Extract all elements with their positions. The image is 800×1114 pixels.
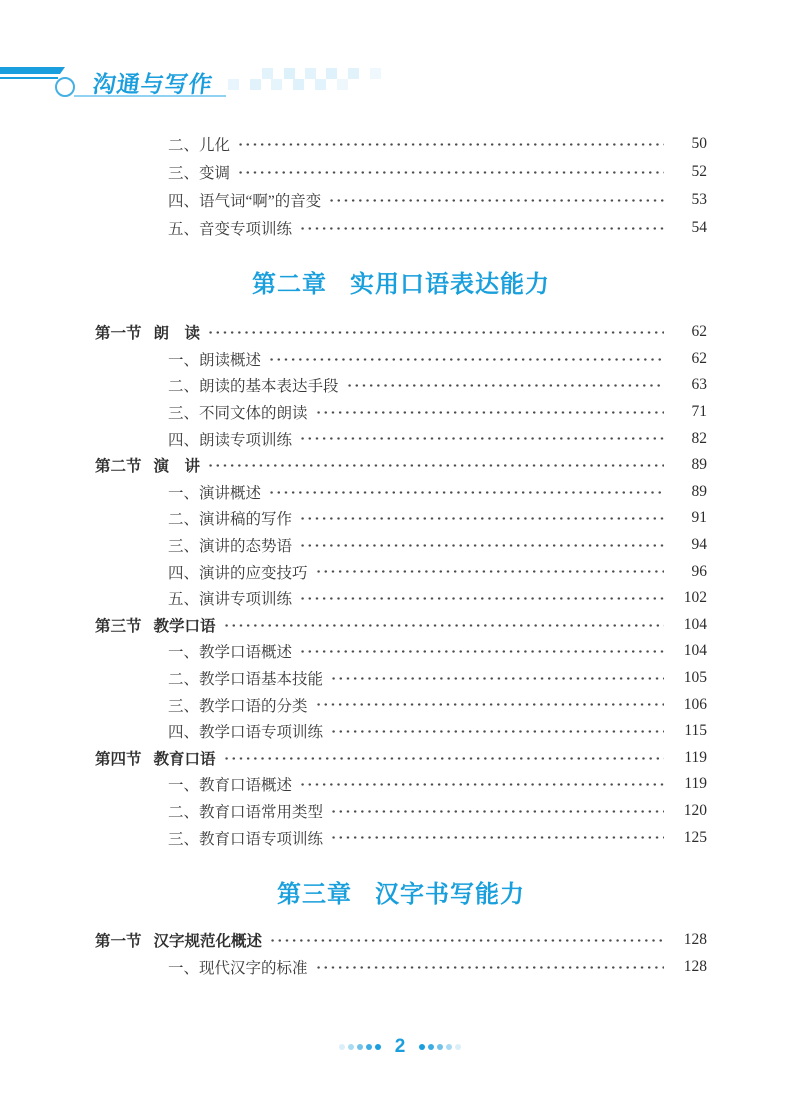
chapter-section-list: 第一节朗 读62一、朗读概述62二、朗读的基本表达手段63三、不同文体的朗读71… — [95, 319, 707, 851]
page-number: 54 — [669, 219, 707, 237]
page-number: 104 — [669, 616, 707, 634]
page-number: 104 — [669, 642, 707, 660]
page-number: 125 — [669, 829, 707, 847]
chapter-title: 汉字书写能力 — [375, 874, 525, 909]
table-of-contents: 二、儿化50三、变调52四、语气词“啊”的音变53五、音变专项训练54 第二章实… — [95, 130, 707, 980]
page-number: 53 — [669, 191, 707, 209]
page-number: 89 — [669, 456, 707, 474]
toc-item-row: 四、语气词“啊”的音变53 — [95, 186, 707, 214]
page-number: 63 — [669, 376, 707, 394]
page-number: 89 — [669, 483, 707, 501]
toc-item-row: 一、朗读概述62 — [95, 346, 707, 373]
chapter-title: 实用口语表达能力 — [350, 264, 550, 299]
toc-item-row: 一、教学口语概述104 — [95, 638, 707, 665]
header-circle-ornament — [55, 77, 75, 97]
folio-page-number: 2 — [395, 1036, 406, 1058]
section-title: 教育口语 — [154, 747, 216, 769]
page-number: 128 — [669, 931, 707, 949]
dot-leader — [269, 927, 664, 954]
chapter-heading: 第二章实用口语表达能力 — [95, 259, 707, 303]
toc-section-row: 第一节朗 读62 — [95, 319, 707, 346]
toc-section-row: 第三节教学口语104 — [95, 612, 707, 639]
toc-item-row: 三、不同文体的朗读71 — [95, 399, 707, 426]
header-thin-line — [0, 77, 58, 79]
section-label: 第一节 — [95, 929, 142, 951]
dot-leader — [330, 824, 664, 851]
header-accent-bar — [0, 67, 65, 74]
toc-item-row: 二、儿化50 — [95, 130, 707, 158]
dot-leader — [330, 718, 664, 745]
dot-leader — [223, 745, 664, 772]
footer-dots-right — [419, 1044, 461, 1050]
toc-item-row: 二、朗读的基本表达手段63 — [95, 372, 707, 399]
toc-section-row: 第二节演 讲89 — [95, 452, 707, 479]
dot-leader — [268, 479, 664, 506]
toc-item-row: 一、现代汉字的标准128 — [95, 953, 707, 980]
toc-item-text: 五、演讲专项训练 — [168, 587, 292, 609]
page-number: 82 — [669, 430, 707, 448]
toc-item-text: 二、儿化 — [168, 133, 230, 155]
page-number: 105 — [669, 669, 707, 687]
dot-leader — [223, 612, 664, 639]
toc-item-row: 四、教学口语专项训练115 — [95, 718, 707, 745]
section-label: 第四节 — [95, 747, 142, 769]
page-number: 71 — [669, 403, 707, 421]
toc-item-text: 一、朗读概述 — [168, 348, 261, 370]
dot-leader — [299, 638, 664, 665]
page-number: 119 — [669, 749, 707, 767]
dot-leader — [237, 158, 664, 186]
page-number: 96 — [669, 563, 707, 581]
section-label: 第一节 — [95, 321, 142, 343]
dot-leader — [330, 798, 664, 825]
section-title: 演 讲 — [154, 454, 201, 476]
toc-chapters: 第二章实用口语表达能力第一节朗 读62一、朗读概述62二、朗读的基本表达手段63… — [95, 259, 707, 980]
toc-item-row: 五、音变专项训练54 — [95, 214, 707, 242]
dot-leader — [328, 186, 664, 214]
page-number: 50 — [669, 135, 707, 153]
dot-leader — [346, 372, 664, 399]
toc-item-text: 二、朗读的基本表达手段 — [168, 374, 339, 396]
section-title: 汉字规范化概述 — [154, 929, 263, 951]
toc-section-row: 第一节汉字规范化概述128 — [95, 927, 707, 954]
page-number: 102 — [669, 589, 707, 607]
dot-leader — [268, 346, 664, 373]
page-number: 115 — [669, 722, 707, 740]
toc-item-text: 五、音变专项训练 — [168, 217, 292, 239]
chapter-heading: 第三章汉字书写能力 — [95, 870, 707, 914]
page-number: 94 — [669, 536, 707, 554]
toc-item-text: 三、不同文体的朗读 — [168, 401, 308, 423]
dot-leader — [237, 130, 664, 158]
toc-item-row: 五、演讲专项训练102 — [95, 585, 707, 612]
toc-leading-items: 二、儿化50三、变调52四、语气词“啊”的音变53五、音变专项训练54 — [95, 130, 707, 242]
toc-item-row: 三、教学口语的分类106 — [95, 691, 707, 718]
dot-leader — [207, 319, 664, 346]
page-number: 128 — [669, 958, 707, 976]
toc-item-row: 三、教育口语专项训练125 — [95, 824, 707, 851]
dot-leader — [299, 425, 664, 452]
chapter-section-list: 第一节汉字规范化概述128一、现代汉字的标准128 — [95, 927, 707, 980]
dot-leader — [299, 771, 664, 798]
toc-item-text: 四、朗读专项训练 — [168, 428, 292, 450]
toc-item-row: 二、教育口语常用类型120 — [95, 798, 707, 825]
toc-item-text: 三、教育口语专项训练 — [168, 827, 323, 849]
book-title: 沟通与写作 — [91, 66, 215, 99]
dot-leader — [299, 505, 664, 532]
toc-item-text: 二、演讲稿的写作 — [168, 507, 292, 529]
page-number: 120 — [669, 802, 707, 820]
footer-dots-left — [339, 1044, 381, 1050]
page-number: 119 — [669, 775, 707, 793]
section-title: 朗 读 — [154, 321, 201, 343]
dot-leader — [315, 953, 664, 980]
toc-item-text: 一、演讲概述 — [168, 481, 261, 503]
page-number: 91 — [669, 509, 707, 527]
dot-leader — [315, 691, 664, 718]
toc-item-row: 三、演讲的态势语94 — [95, 532, 707, 559]
section-label: 第三节 — [95, 614, 142, 636]
section-title: 教学口语 — [154, 614, 216, 636]
toc-item-row: 一、演讲概述89 — [95, 479, 707, 506]
dot-leader — [299, 585, 664, 612]
section-label: 第二节 — [95, 454, 142, 476]
chapter-number: 第三章 — [277, 874, 352, 909]
toc-item-row: 四、演讲的应变技巧96 — [95, 558, 707, 585]
toc-item-row: 一、教育口语概述119 — [95, 771, 707, 798]
dot-leader — [299, 214, 664, 242]
toc-item-row: 三、变调52 — [95, 158, 707, 186]
dot-leader — [207, 452, 664, 479]
toc-item-text: 一、现代汉字的标准 — [168, 956, 308, 978]
toc-item-text: 三、教学口语的分类 — [168, 694, 308, 716]
page-number: 106 — [669, 696, 707, 714]
toc-item-text: 一、教育口语概述 — [168, 773, 292, 795]
toc-item-text: 四、语气词“啊”的音变 — [168, 189, 321, 211]
toc-item-text: 三、变调 — [168, 161, 230, 183]
dot-leader — [330, 665, 664, 692]
page-footer: 2 — [0, 1035, 800, 1059]
toc-item-text: 一、教学口语概述 — [168, 640, 292, 662]
toc-item-text: 二、教学口语基本技能 — [168, 667, 323, 689]
toc-item-row: 四、朗读专项训练82 — [95, 425, 707, 452]
dot-leader — [315, 558, 664, 585]
chapter-number: 第二章 — [252, 264, 327, 299]
toc-item-row: 二、教学口语基本技能105 — [95, 665, 707, 692]
toc-item-row: 二、演讲稿的写作91 — [95, 505, 707, 532]
toc-section-row: 第四节教育口语119 — [95, 745, 707, 772]
toc-item-text: 二、教育口语常用类型 — [168, 800, 323, 822]
book-toc-page: 沟通与写作 二、儿化50三、变调52四、语气词“啊”的音变53五、音变专项训练5… — [0, 0, 800, 1114]
page-number: 62 — [669, 323, 707, 341]
checker-pattern-ornament — [228, 79, 239, 90]
toc-item-text: 四、教学口语专项训练 — [168, 720, 323, 742]
dot-leader — [299, 532, 664, 559]
page-number: 52 — [669, 163, 707, 181]
page-number: 62 — [669, 350, 707, 368]
toc-item-text: 四、演讲的应变技巧 — [168, 561, 308, 583]
toc-item-text: 三、演讲的态势语 — [168, 534, 292, 556]
dot-leader — [315, 399, 664, 426]
